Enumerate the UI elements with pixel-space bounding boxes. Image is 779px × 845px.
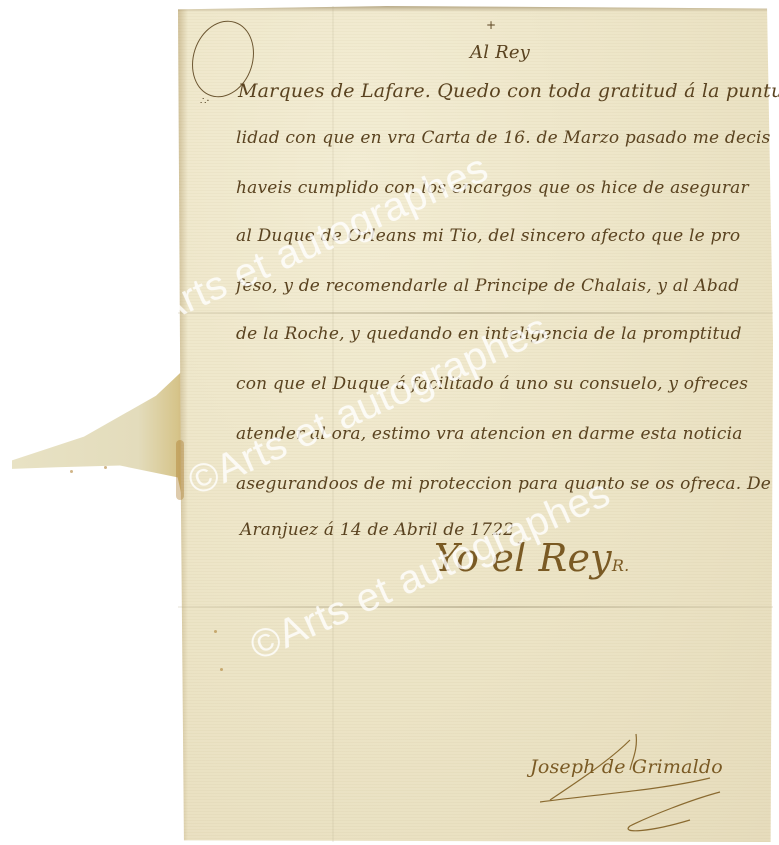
document-scan: ∴· + Al Rey Marques de Lafare. Quedo con… — [0, 0, 779, 845]
paper-tab-flap — [12, 372, 192, 542]
letter-line: lidad con que en vra Carta de 16. de Mar… — [236, 128, 771, 148]
letter-heading: Al Rey — [470, 42, 530, 63]
stain — [70, 470, 73, 473]
stain — [220, 668, 223, 671]
letter-line: con que el Duque á facilitado á uno su c… — [236, 374, 748, 394]
heading-mark: + — [486, 18, 496, 32]
fold-line — [178, 312, 773, 314]
letter-line: asegurandoos de mi proteccion para quant… — [236, 474, 771, 494]
fold-line — [178, 606, 773, 608]
stain — [214, 630, 217, 633]
ink-dots: ∴· — [200, 96, 210, 107]
secretary-signature: Joseph de Grimaldo — [530, 756, 723, 778]
stain — [104, 466, 107, 469]
signature-flourish — [540, 730, 730, 840]
stain — [176, 440, 184, 500]
letter-line: Marques de Lafare. Quedo con toda gratit… — [238, 80, 779, 102]
royal-signature-suffix: R. — [612, 556, 630, 575]
letter-line: feso, y de recomendarle al Principe de C… — [236, 276, 739, 296]
